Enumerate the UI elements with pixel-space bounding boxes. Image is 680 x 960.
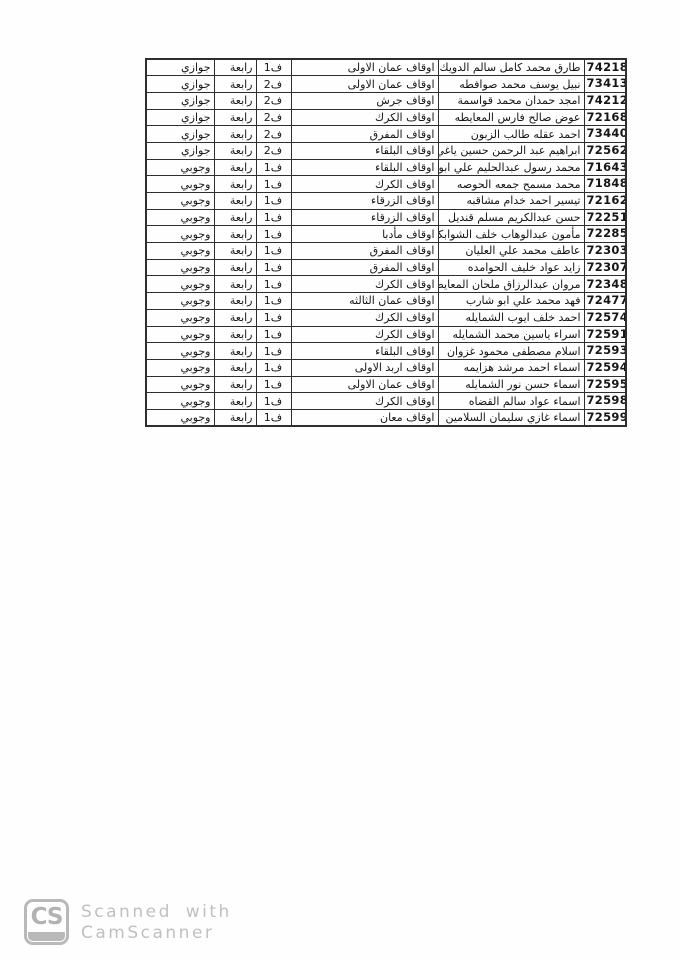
cell-org: اوقاف الكرك [291, 326, 438, 343]
watermark-line2: CamScanner [81, 923, 232, 944]
table-row: 72285مأمون عبدالوهاب خلف الشوابكهاوقاف م… [146, 226, 626, 243]
watermark-text: Scanned with CamScanner [81, 899, 232, 944]
cell-number: 72348 [584, 276, 626, 293]
table-row: 74212امجد حمدان محمد قواسمةاوقاف جرشف2را… [146, 92, 626, 109]
cell-rank: رابعة [214, 76, 256, 93]
cell-rank: رابعة [214, 326, 256, 343]
camscanner-logo-icon: CS [24, 899, 69, 945]
cell-type: وجوبي [146, 393, 214, 410]
cell-name: امجد حمدان محمد قواسمة [438, 92, 584, 109]
watermark-line1: Scanned with [81, 902, 232, 923]
cell-number: 72591 [584, 326, 626, 343]
cell-org: اوقاف المفرق [291, 259, 438, 276]
table-row: 72595اسماء حسن نور الشمايلهاوقاف عمان ال… [146, 376, 626, 393]
table-row: 72599اسماء غازي سليمان السلاميناوقاف معا… [146, 409, 626, 426]
cell-name: احمد خلف ايوب الشمايله [438, 309, 584, 326]
cell-number: 72477 [584, 293, 626, 310]
table-row: 71643محمد رسول عبدالحليم علي ابورماناوقا… [146, 159, 626, 176]
cell-rank: رابعة [214, 109, 256, 126]
cell-class: ف1 [256, 176, 291, 193]
cell-rank: رابعة [214, 209, 256, 226]
cell-rank: رابعة [214, 259, 256, 276]
cell-class: ف1 [256, 326, 291, 343]
cell-class: ف2 [256, 126, 291, 143]
cell-org: اوقاف المفرق [291, 126, 438, 143]
table-row: 72251حسن عبدالكريم مسلم قنديلاوقاف الزرق… [146, 209, 626, 226]
cell-rank: رابعة [214, 343, 256, 360]
cell-name: محمد مسمح جمعه الحوصه [438, 176, 584, 193]
cell-type: جوازي [146, 59, 214, 76]
table-row: 72307زايد عواد خليف الحوامدهاوقاف المفرق… [146, 259, 626, 276]
cell-type: وجوبي [146, 193, 214, 210]
cell-name: محمد رسول عبدالحليم علي ابورمان [438, 159, 584, 176]
cell-number: 72574 [584, 309, 626, 326]
cell-type: وجوبي [146, 243, 214, 260]
table-row: 74218طارق محمد كامل سالم الدويكاوقاف عما… [146, 59, 626, 76]
cell-type: وجوبي [146, 409, 214, 426]
cell-class: ف1 [256, 343, 291, 360]
cell-class: ف1 [256, 409, 291, 426]
cell-class: ف1 [256, 209, 291, 226]
cell-type: وجوبي [146, 276, 214, 293]
cell-number: 74218 [584, 59, 626, 76]
cell-rank: رابعة [214, 376, 256, 393]
cell-type: وجوبي [146, 376, 214, 393]
cell-class: ف1 [256, 393, 291, 410]
cell-number: 72593 [584, 343, 626, 360]
cell-name: اسماء عواد سالم القضاه [438, 393, 584, 410]
cell-name: مأمون عبدالوهاب خلف الشوابكه [438, 226, 584, 243]
table-row: 72168عوض صالح فارس المعايطهاوقاف الكركف2… [146, 109, 626, 126]
cell-class: ف1 [256, 226, 291, 243]
table-row: 72598اسماء عواد سالم القضاهاوقاف الكركف1… [146, 393, 626, 410]
cell-rank: رابعة [214, 243, 256, 260]
cell-type: وجوبي [146, 326, 214, 343]
cell-rank: رابعة [214, 159, 256, 176]
records-table-body: 74218طارق محمد كامل سالم الدويكاوقاف عما… [146, 59, 626, 426]
cell-rank: رابعة [214, 126, 256, 143]
table-row: 72574احمد خلف ايوب الشمايلهاوقاف الكركف1… [146, 309, 626, 326]
cell-class: ف1 [256, 243, 291, 260]
cell-number: 71848 [584, 176, 626, 193]
cell-rank: رابعة [214, 193, 256, 210]
table-row: 72591اسراء ياسين محمد الشمايلهاوقاف الكر… [146, 326, 626, 343]
cell-class: ف1 [256, 309, 291, 326]
cell-org: اوقاف الزرقاء [291, 193, 438, 210]
camscanner-logo-text: CS [27, 904, 66, 930]
cell-number: 72162 [584, 193, 626, 210]
scanned-document-page: 74218طارق محمد كامل سالم الدويكاوقاف عما… [0, 0, 680, 960]
cell-class: ف1 [256, 193, 291, 210]
cell-number: 73413 [584, 76, 626, 93]
cell-number: 72598 [584, 393, 626, 410]
table-row: 73440احمد عقله طالب الزبوناوقاف المفرقف2… [146, 126, 626, 143]
cell-name: اسماء احمد مرشد هزايمه [438, 359, 584, 376]
cell-org: اوقاف الكرك [291, 276, 438, 293]
cell-rank: رابعة [214, 309, 256, 326]
cell-type: جوازي [146, 109, 214, 126]
cell-class: ف2 [256, 142, 291, 159]
cell-number: 72594 [584, 359, 626, 376]
camscanner-watermark: CS Scanned with CamScanner [24, 899, 232, 945]
cell-org: اوقاف عمان الاولى [291, 376, 438, 393]
cell-name: احمد عقله طالب الزبون [438, 126, 584, 143]
cell-class: ف2 [256, 76, 291, 93]
cell-class: ف1 [256, 276, 291, 293]
cell-type: جوازي [146, 126, 214, 143]
cell-class: ف2 [256, 92, 291, 109]
table-row: 71848محمد مسمح جمعه الحوصهاوقاف الكركف1ر… [146, 176, 626, 193]
cell-org: اوقاف الزرقاء [291, 209, 438, 226]
cell-class: ف1 [256, 293, 291, 310]
cell-type: جوازي [146, 76, 214, 93]
cell-name: اسراء ياسين محمد الشمايله [438, 326, 584, 343]
cell-rank: رابعة [214, 142, 256, 159]
cell-name: عاطف محمد علي العليان [438, 243, 584, 260]
table-row: 72593اسلام مصطفى محمود غزواناوقاف البلقا… [146, 343, 626, 360]
cell-name: مروان عبدالرزاق ملحان المعايطه [438, 276, 584, 293]
cell-type: وجوبي [146, 159, 214, 176]
cell-type: وجوبي [146, 293, 214, 310]
cell-number: 72168 [584, 109, 626, 126]
cell-org: اوقاف جرش [291, 92, 438, 109]
cell-type: وجوبي [146, 226, 214, 243]
cell-number: 71643 [584, 159, 626, 176]
cell-number: 72251 [584, 209, 626, 226]
cell-name: عوض صالح فارس المعايطه [438, 109, 584, 126]
camscanner-logo-bar [28, 932, 65, 941]
cell-name: اسماء حسن نور الشمايله [438, 376, 584, 393]
cell-org: اوقاف الكرك [291, 309, 438, 326]
cell-name: نبيل يوسف محمد صوافطه [438, 76, 584, 93]
cell-class: ف1 [256, 376, 291, 393]
cell-org: اوقاف الكرك [291, 109, 438, 126]
cell-number: 72595 [584, 376, 626, 393]
cell-type: وجوبي [146, 309, 214, 326]
cell-type: وجوبي [146, 209, 214, 226]
table-row: 72162تيسير احمد خدام مشاقبهاوقاف الزرقاء… [146, 193, 626, 210]
cell-rank: رابعة [214, 276, 256, 293]
table-row: 72303عاطف محمد علي العلياناوقاف المفرقف1… [146, 243, 626, 260]
cell-name: حسن عبدالكريم مسلم قنديل [438, 209, 584, 226]
table-row: 72594اسماء احمد مرشد هزايمهاوقاف اربد ال… [146, 359, 626, 376]
cell-rank: رابعة [214, 226, 256, 243]
cell-type: وجوبي [146, 259, 214, 276]
cell-org: اوقاف البلقاء [291, 159, 438, 176]
cell-name: تيسير احمد خدام مشاقبه [438, 193, 584, 210]
cell-org: اوقاف المفرق [291, 243, 438, 260]
cell-org: اوقاف اربد الاولى [291, 359, 438, 376]
cell-org: اوقاف الكرك [291, 176, 438, 193]
cell-name: فهد محمد علي ابو شارب [438, 293, 584, 310]
cell-number: 72285 [584, 226, 626, 243]
cell-rank: رابعة [214, 59, 256, 76]
cell-org: اوقاف البلقاء [291, 343, 438, 360]
cell-org: اوقاف الكرك [291, 393, 438, 410]
cell-rank: رابعة [214, 359, 256, 376]
table-row: 72477فهد محمد علي ابو شارباوقاف عمان الث… [146, 293, 626, 310]
table-row: 72348مروان عبدالرزاق ملحان المعايطهاوقاف… [146, 276, 626, 293]
cell-number: 74212 [584, 92, 626, 109]
cell-org: اوقاف مأدبا [291, 226, 438, 243]
cell-rank: رابعة [214, 176, 256, 193]
cell-type: وجوبي [146, 176, 214, 193]
cell-rank: رابعة [214, 92, 256, 109]
records-table: 74218طارق محمد كامل سالم الدويكاوقاف عما… [145, 58, 627, 427]
cell-name: طارق محمد كامل سالم الدويك [438, 59, 584, 76]
cell-type: جوازي [146, 92, 214, 109]
cell-number: 72562 [584, 142, 626, 159]
cell-class: ف1 [256, 359, 291, 376]
cell-type: وجوبي [146, 359, 214, 376]
cell-name: ابراهيم عبد الرحمن حسين ياغي [438, 142, 584, 159]
cell-class: ف1 [256, 259, 291, 276]
table-row: 73413نبيل يوسف محمد صوافطهاوقاف عمان الا… [146, 76, 626, 93]
cell-type: وجوبي [146, 343, 214, 360]
cell-org: اوقاف معان [291, 409, 438, 426]
cell-number: 72599 [584, 409, 626, 426]
cell-class: ف1 [256, 159, 291, 176]
cell-type: جوازي [146, 142, 214, 159]
cell-number: 72303 [584, 243, 626, 260]
cell-rank: رابعة [214, 409, 256, 426]
cell-rank: رابعة [214, 393, 256, 410]
cell-name: اسلام مصطفى محمود غزوان [438, 343, 584, 360]
cell-class: ف2 [256, 109, 291, 126]
table-row: 72562ابراهيم عبد الرحمن حسين ياغياوقاف ا… [146, 142, 626, 159]
cell-rank: رابعة [214, 293, 256, 310]
cell-name: اسماء غازي سليمان السلامين [438, 409, 584, 426]
cell-number: 73440 [584, 126, 626, 143]
cell-name: زايد عواد خليف الحوامده [438, 259, 584, 276]
cell-org: اوقاف عمان الثالثه [291, 293, 438, 310]
cell-number: 72307 [584, 259, 626, 276]
cell-org: اوقاف عمان الاولى [291, 76, 438, 93]
cell-org: اوقاف البلقاء [291, 142, 438, 159]
cell-org: اوقاف عمان الاولى [291, 59, 438, 76]
cell-class: ف1 [256, 59, 291, 76]
